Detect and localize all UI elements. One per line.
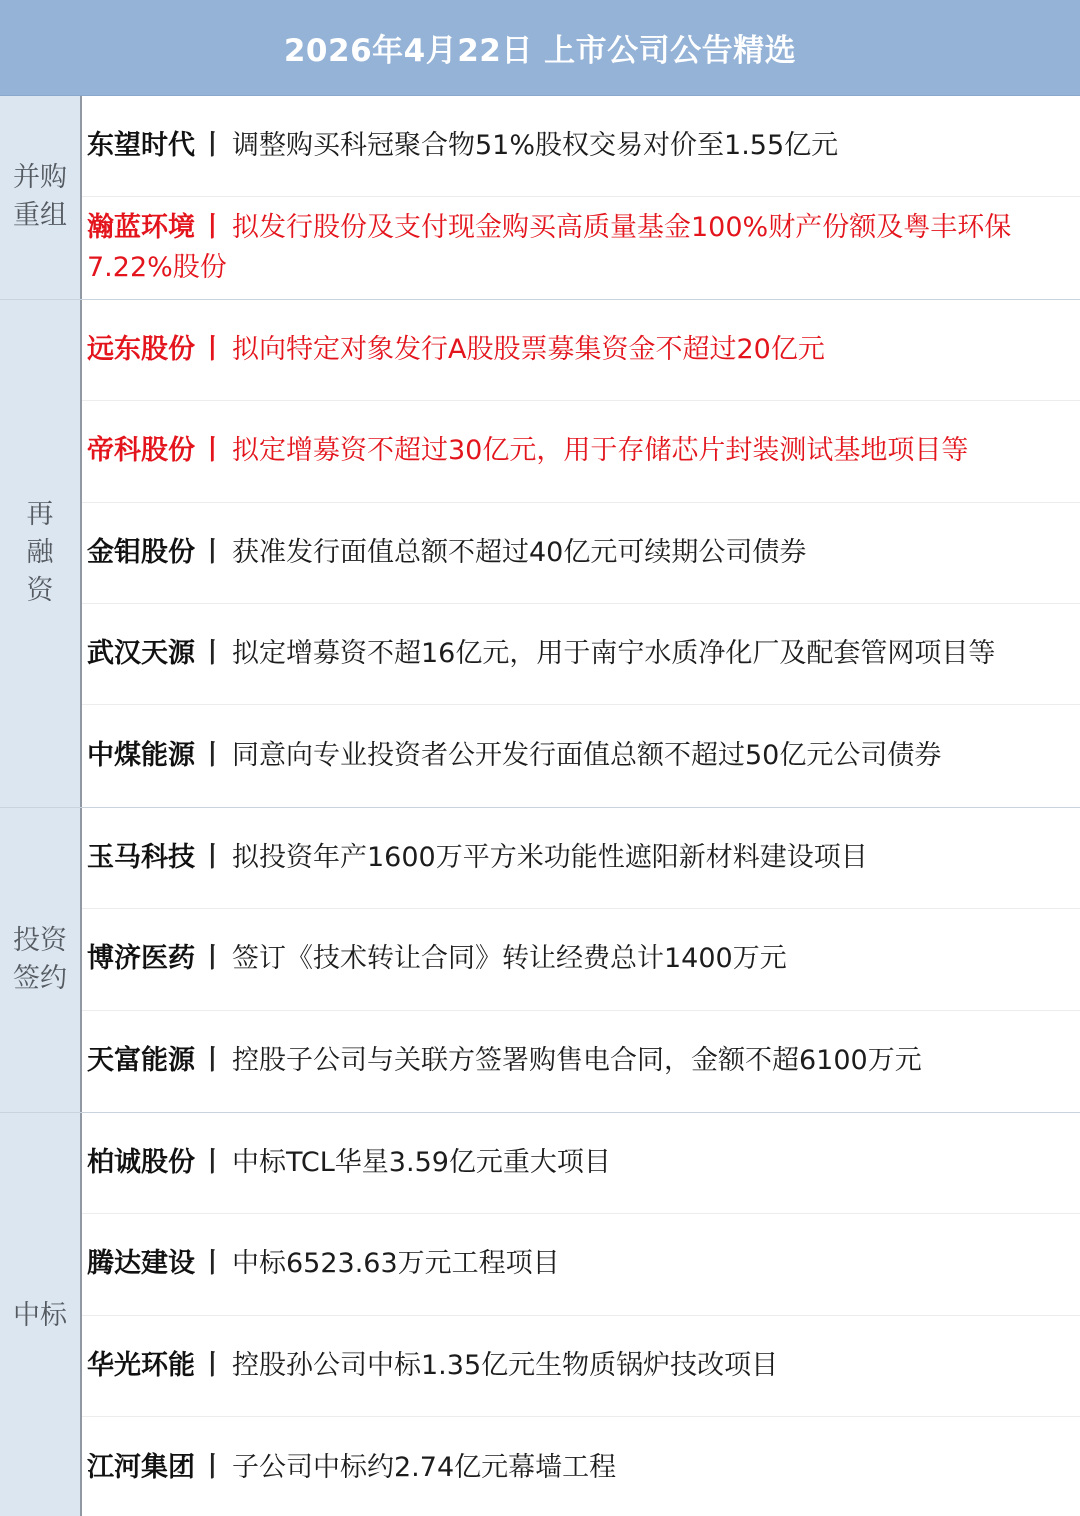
category-label-line: 并购 <box>13 159 67 197</box>
separator: 丨 <box>195 435 232 466</box>
section-refinancing: 再 融 资 远东股份丨拟向特定对象发行A股股票募集资金不超过20亿元 帝科股份丨… <box>0 300 1080 808</box>
announcement-row[interactable]: 华光环能丨控股孙公司中标1.35亿元生物质锅炉技改项目 <box>82 1316 1080 1417</box>
announcement-table: 并购 重组 东望时代丨调整购买科冠聚合物51%股权交易对价至1.55亿元 瀚蓝环… <box>0 96 1080 1516</box>
announcement-row[interactable]: 东望时代丨调整购买科冠聚合物51%股权交易对价至1.55亿元 <box>82 96 1080 197</box>
page-title: 2026年4月22日 上市公司公告精选 <box>284 25 796 70</box>
announcement-row-highlighted[interactable]: 远东股份丨拟向特定对象发行A股股票募集资金不超过20亿元 <box>82 300 1080 401</box>
company-name: 帝科股份 <box>87 435 195 466</box>
company-name: 腾达建设 <box>87 1248 195 1279</box>
section-mergers-acquisitions: 并购 重组 东望时代丨调整购买科冠聚合物51%股权交易对价至1.55亿元 瀚蓝环… <box>0 96 1080 300</box>
separator: 丨 <box>195 212 232 243</box>
announcement-description: 获准发行面值总额不超过40亿元可续期公司债券 <box>232 537 806 568</box>
announcement-row[interactable]: 天富能源丨控股子公司与关联方签署购售电合同，金额不超6100万元 <box>82 1011 1080 1112</box>
separator: 丨 <box>195 537 232 568</box>
announcement-description: 拟投资年产1600万平方米功能性遮阳新材料建设项目 <box>232 842 868 873</box>
announcement-description: 拟定增募资不超过30亿元，用于存储芯片封装测试基地项目等 <box>232 435 968 466</box>
company-name: 瀚蓝环境 <box>87 212 195 243</box>
announcement-description: 中标TCL华星3.59亿元重大项目 <box>232 1147 611 1178</box>
announcement-row[interactable]: 玉马科技丨拟投资年产1600万平方米功能性遮阳新材料建设项目 <box>82 808 1080 909</box>
company-name: 武汉天源 <box>87 638 195 669</box>
company-name: 东望时代 <box>87 130 195 161</box>
announcement-description: 签订《技术转让合同》转让经费总计1400万元 <box>232 943 787 974</box>
separator: 丨 <box>195 1147 232 1178</box>
company-name: 博济医药 <box>87 943 195 974</box>
separator: 丨 <box>195 943 232 974</box>
separator: 丨 <box>195 130 232 161</box>
company-name: 中煤能源 <box>87 740 195 771</box>
category-label-line: 投资 <box>13 922 67 960</box>
category-label-line: 中标 <box>13 1297 67 1335</box>
announcement-row[interactable]: 博济医药丨签订《技术转让合同》转让经费总计1400万元 <box>82 909 1080 1010</box>
category-label-line: 签约 <box>13 960 67 998</box>
announcement-description: 同意向专业投资者公开发行面值总额不超过50亿元公司债券 <box>232 740 941 771</box>
separator: 丨 <box>195 1045 232 1076</box>
announcement-row[interactable]: 江河集团丨子公司中标约2.74亿元幕墙工程 <box>82 1417 1080 1516</box>
announcement-description: 拟向特定对象发行A股股票募集资金不超过20亿元 <box>232 334 825 365</box>
announcement-row[interactable]: 金钼股份丨获准发行面值总额不超过40亿元可续期公司债券 <box>82 503 1080 604</box>
company-name: 天富能源 <box>87 1045 195 1076</box>
announcement-description: 中标6523.63万元工程项目 <box>232 1248 560 1279</box>
announcement-row[interactable]: 武汉天源丨拟定增募资不超16亿元，用于南宁水质净化厂及配套管网项目等 <box>82 604 1080 705</box>
category-label-line: 再 <box>25 496 55 534</box>
separator: 丨 <box>195 842 232 873</box>
category-label: 再 融 资 <box>0 300 82 807</box>
category-label-line: 融 <box>25 534 55 572</box>
announcement-row[interactable]: 中煤能源丨同意向专业投资者公开发行面值总额不超过50亿元公司债券 <box>82 705 1080 806</box>
category-label: 投资 签约 <box>0 808 82 1112</box>
company-name: 玉马科技 <box>87 842 195 873</box>
company-name: 远东股份 <box>87 334 195 365</box>
company-name: 金钼股份 <box>87 537 195 568</box>
announcement-description: 子公司中标约2.74亿元幕墙工程 <box>232 1452 616 1483</box>
category-label-line: 资 <box>25 572 55 610</box>
category-label-line: 重组 <box>13 197 67 235</box>
announcement-row[interactable]: 腾达建设丨中标6523.63万元工程项目 <box>82 1214 1080 1315</box>
announcement-row-highlighted[interactable]: 瀚蓝环境丨拟发行股份及支付现金购买高质量基金100%财产份额及粤丰环保7.22%… <box>82 197 1080 298</box>
announcement-description: 控股孙公司中标1.35亿元生物质锅炉技改项目 <box>232 1350 778 1381</box>
separator: 丨 <box>195 740 232 771</box>
separator: 丨 <box>195 638 232 669</box>
page-title-banner: 2026年4月22日 上市公司公告精选 <box>0 0 1080 96</box>
separator: 丨 <box>195 1248 232 1279</box>
section-investment-contracts: 投资 签约 玉马科技丨拟投资年产1600万平方米功能性遮阳新材料建设项目 博济医… <box>0 808 1080 1113</box>
company-name: 华光环能 <box>87 1350 195 1381</box>
separator: 丨 <box>195 334 232 365</box>
section-winning-bids: 中标 柏诚股份丨中标TCL华星3.59亿元重大项目 腾达建设丨中标6523.63… <box>0 1113 1080 1516</box>
separator: 丨 <box>195 1452 232 1483</box>
announcement-row-highlighted[interactable]: 帝科股份丨拟定增募资不超过30亿元，用于存储芯片封装测试基地项目等 <box>82 401 1080 502</box>
announcement-row[interactable]: 柏诚股份丨中标TCL华星3.59亿元重大项目 <box>82 1113 1080 1214</box>
announcement-description: 控股子公司与关联方签署购售电合同，金额不超6100万元 <box>232 1045 922 1076</box>
announcement-description: 调整购买科冠聚合物51%股权交易对价至1.55亿元 <box>232 130 838 161</box>
company-name: 柏诚股份 <box>87 1147 195 1178</box>
category-label: 并购 重组 <box>0 96 82 299</box>
announcement-description: 拟定增募资不超16亿元，用于南宁水质净化厂及配套管网项目等 <box>232 638 995 669</box>
company-name: 江河集团 <box>87 1452 195 1483</box>
category-label: 中标 <box>0 1113 82 1516</box>
separator: 丨 <box>195 1350 232 1381</box>
